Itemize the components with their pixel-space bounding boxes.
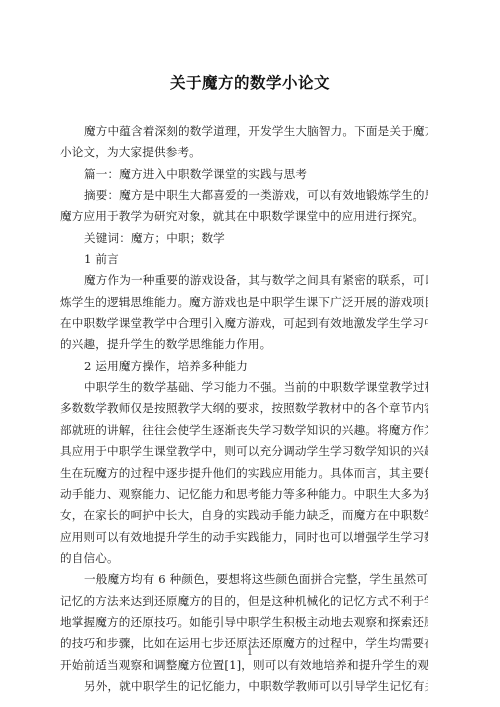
body-line: 摘要：魔方是中职生大都喜爱的一类游戏，可以有效地锻炼学生的思维。以 (60, 185, 428, 206)
body-line: 动手能力、观察能力、记忆能力和思考能力等多种能力。中职生大多为独生子 (60, 484, 428, 505)
body-line: 中职学生的数学基础、学习能力不强。当前的中职数学课堂教学过程中，大 (60, 377, 428, 398)
body-line: 的兴趣，提升学生的数学思维能力作用。 (60, 334, 428, 355)
body-line: 部就班的讲解，往往会使学生逐渐丧失学习数学知识的兴趣。将魔方作为教学工 (60, 420, 428, 441)
body-line: 生在玩魔方的过程中逐步提升他们的实践应用能力。具体而言，其主要包括实践 (60, 463, 428, 484)
body-line: 篇一：魔方进入中职数学课堂的实践与思考 (60, 164, 428, 185)
body-line: 另外，就中职学生的记忆能力，中职数学教师可以引导学生记忆有关的魔方还 (60, 676, 428, 697)
body-line: 2 运用魔方操作，培养多种能力 (60, 356, 428, 377)
body-line: 多数数学教师仅是按照教学大纲的要求，按照数学教材中的各个章节内容进行按 (60, 398, 428, 419)
body-line: 应用则可以有效地提升学生的动手实践能力，同时也可以增强学生学习数学知识 (60, 527, 428, 548)
body-line: 魔方应用于教学为研究对象，就其在中职数学课堂中的应用进行探究。 (60, 206, 428, 227)
body-line: 具应用于中职学生课堂教学中，则可以充分调动学生学习数学知识的兴趣，使学 (60, 441, 428, 462)
body-line: 炼学生的逻辑思维能力。魔方游戏也是中职学生课下广泛开展的游戏项目，如果 (60, 292, 428, 313)
body-line: 魔方作为一种重要的游戏设备，其与数学之间具有紧密的联系，可以有效地锻 (60, 270, 428, 291)
document-body: 魔方中蕴含着深刻的数学道理，开发学生大脑智力。下面是关于魔方的数学小论文，为大家… (60, 121, 428, 697)
page-number: 1 (0, 647, 500, 659)
body-line: 小论文，为大家提供参考。 (60, 142, 428, 163)
body-line: 魔方中蕴含着深刻的数学道理，开发学生大脑智力。下面是关于魔方的数学 (60, 121, 428, 142)
body-line: 关键词：魔方；中职；数学 (60, 228, 428, 249)
document-title: 关于魔方的数学小论文 (0, 73, 500, 93)
document-page: 关于魔方的数学小论文 魔方中蕴含着深刻的数学道理，开发学生大脑智力。下面是关于魔… (0, 0, 500, 707)
body-line: 一般魔方均有 6 种颜色，要想将这些颜色面拼合完整，学生虽然可以通过机械 (60, 569, 428, 590)
body-line: 的自信心。 (60, 548, 428, 569)
body-line: 在中职数学课堂教学中合理引入魔方游戏，可起到有效地激发学生学习中职数学 (60, 313, 428, 334)
body-line: 女，在家长的呵护中长大，自身的实践动手能力缺乏，而魔方在中职数学课堂中的 (60, 505, 428, 526)
body-line: 记忆的方法来达到还原魔方的目的，但是这种机械化的记忆方式不利于学生真正 (60, 591, 428, 612)
body-line: 地掌握魔方的还原技巧。如能引导中职学生积极主动地去观察和探索还原魔方 (60, 612, 428, 633)
body-line: 1 前言 (60, 249, 428, 270)
